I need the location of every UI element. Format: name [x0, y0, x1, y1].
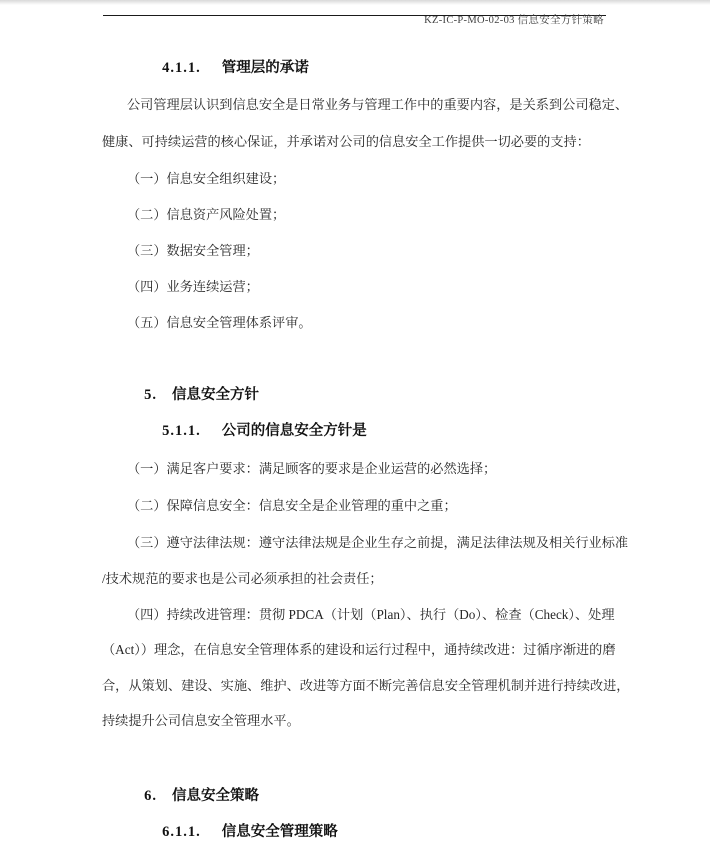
heading-number: 6. [144, 788, 157, 804]
list-item: （二）信息资产风险处置； [127, 207, 285, 223]
heading-5-1-1: 5.1.1.公司的信息安全方针是 [146, 407, 367, 455]
list-item: （五）信息安全管理体系评审。 [127, 315, 312, 331]
list-item: （一）满足客户要求：满足顾客的要求是企业运营的必然选择； [127, 461, 496, 477]
heading-number: 6.1.1. [162, 824, 201, 840]
page-header: KZ-IC-P-MO-02-03 信息安全方针策略 [103, 0, 606, 16]
paragraph-line: 合，从策划、建设、实施、维护、改进等方面不断完善信息安全管理机制并进行持续改进， [102, 678, 630, 694]
heading-title: 信息安全管理策略 [222, 824, 338, 840]
list-item: （三）遵守法律法规：遵守法律法规是企业生存之前提，满足法律法规及相关行业标准 [127, 535, 628, 551]
paragraph-line: /技术规范的要求也是公司必须承担的社会责任； [102, 571, 383, 587]
heading-number: 4.1.1. [162, 60, 201, 76]
list-item: （二）保障信息安全：信息安全是企业管理的重中之重； [127, 498, 457, 514]
paragraph-line: 持续提升公司信息安全管理水平。 [102, 713, 300, 729]
header-doc-code: KZ-IC-P-MO-02-03 信息安全方针策略 [424, 15, 604, 26]
heading-number: 5.1.1. [162, 423, 201, 439]
paragraph-line: 健康、可持续运营的核心保证，并承诺对公司的信息安全工作提供一切必要的支持： [102, 134, 590, 150]
list-item: （四）持续改进管理：贯彻 PDCA（计划（Plan）、执行（Do）、检查（Che… [127, 607, 615, 623]
list-item: （四）业务连续运营； [127, 279, 259, 295]
heading-title: 公司的信息安全方针是 [222, 423, 367, 439]
list-item: （一）信息安全组织建设； [127, 171, 285, 187]
heading-6-1-1: 6.1.1.信息安全管理策略 [146, 808, 338, 856]
heading-title: 信息安全策略 [172, 788, 259, 804]
heading-number: 5. [144, 387, 157, 403]
heading-title: 信息安全方针 [172, 387, 259, 403]
paragraph-line: （Act））理念，在信息安全管理体系的建设和运行过程中，通持续改进：过循序渐进的… [102, 642, 616, 658]
heading-4-1-1: 4.1.1.管理层的承诺 [146, 44, 309, 92]
heading-title: 管理层的承诺 [222, 60, 309, 76]
list-item: （三）数据安全管理； [127, 243, 259, 259]
paragraph-line: 公司管理层认识到信息安全是日常业务与管理工作中的重要内容，是关系到公司稳定、 [127, 97, 628, 113]
